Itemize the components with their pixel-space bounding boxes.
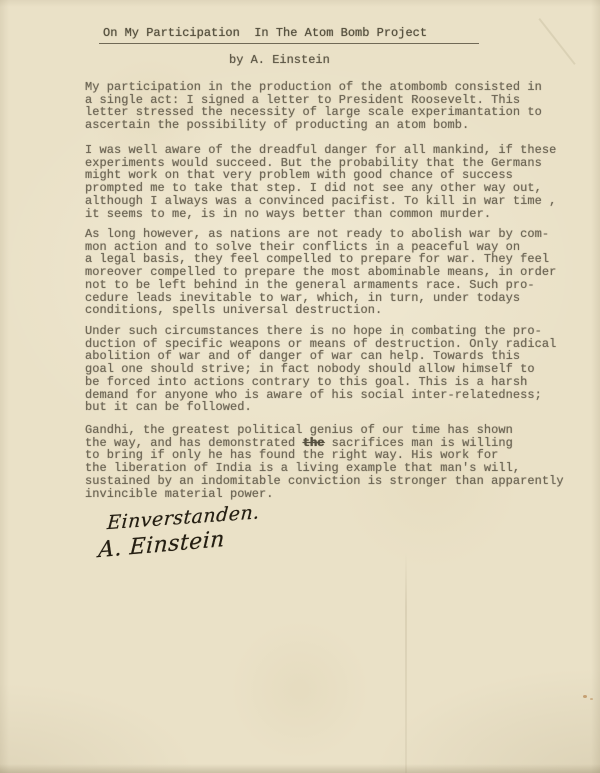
title-underline: On My Participation In The Atom Bomb Pro…	[99, 27, 479, 44]
paper-stain-speck	[590, 698, 593, 700]
paragraph-2: I was well aware of the dreadful danger …	[85, 144, 570, 220]
handwritten-einverstanden: Einverstanden.	[106, 501, 260, 534]
paper-stain-speck	[583, 695, 587, 698]
paper-crease	[539, 18, 576, 65]
paper-fold-line	[405, 552, 407, 773]
paragraph-5: Gandhi, the greatest political genius of…	[85, 424, 570, 500]
paragraph-3: As long however, as nations are not read…	[85, 228, 570, 317]
document-page: On My Participation In The Atom Bomb Pro…	[0, 0, 600, 773]
byline: by A. Einstein	[229, 53, 330, 67]
document-title: On My Participation In The Atom Bomb Pro…	[99, 27, 479, 40]
paragraph-4: Under such circumstances there is no hop…	[85, 325, 570, 414]
paper-stain-speck	[402, 334, 404, 336]
paragraph-1: My participation in the production of th…	[85, 81, 570, 132]
